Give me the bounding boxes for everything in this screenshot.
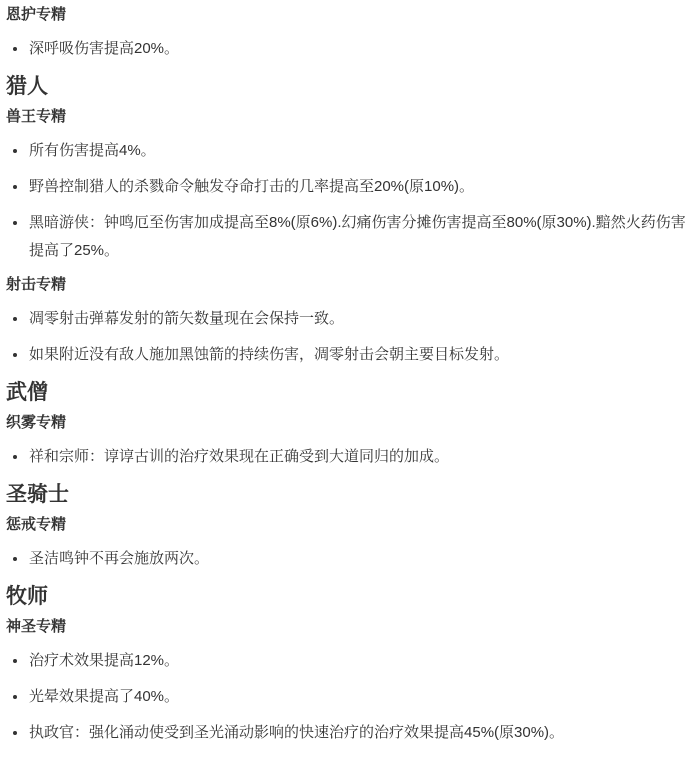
notes-list: 圣洁鸣钟不再会施放两次。	[6, 545, 688, 573]
spec-heading: 射击专精	[6, 274, 688, 295]
notes-list: 治疗术效果提高12%。光晕效果提高了40%。执政官：强化涌动使受到圣光涌动影响的…	[6, 647, 688, 747]
class-heading: 牧师	[6, 582, 688, 611]
note-item: 光晕效果提高了40%。	[28, 683, 688, 711]
spec-heading: 织雾专精	[6, 412, 688, 433]
notes-list: 深呼吸伤害提高20%。	[6, 35, 688, 63]
note-item: 深呼吸伤害提高20%。	[28, 35, 688, 63]
patch-notes-article: 恩护专精深呼吸伤害提高20%。猎人兽王专精所有伤害提高4%。野兽控制猎人的杀戮命…	[6, 4, 688, 747]
class-heading: 武僧	[6, 378, 688, 407]
note-item: 所有伤害提高4%。	[28, 137, 688, 165]
note-item: 圣洁鸣钟不再会施放两次。	[28, 545, 688, 573]
note-item: 野兽控制猎人的杀戮命令触发夺命打击的几率提高至20%(原10%)。	[28, 173, 688, 201]
spec-heading: 恩护专精	[6, 4, 688, 25]
notes-list: 祥和宗师：谆谆古训的治疗效果现在正确受到大道同归的加成。	[6, 443, 688, 471]
spec-heading: 惩戒专精	[6, 514, 688, 535]
note-item: 祥和宗师：谆谆古训的治疗效果现在正确受到大道同归的加成。	[28, 443, 688, 471]
spec-heading: 兽王专精	[6, 106, 688, 127]
patch-notes-page: { "theme": { "background": "#ffffff", "t…	[0, 0, 694, 766]
class-heading: 猎人	[6, 72, 688, 101]
note-item: 执政官：强化涌动使受到圣光涌动影响的快速治疗的治疗效果提高45%(原30%)。	[28, 719, 688, 747]
note-item: 凋零射击弹幕发射的箭矢数量现在会保持一致。	[28, 305, 688, 333]
notes-list: 凋零射击弹幕发射的箭矢数量现在会保持一致。如果附近没有敌人施加黑蚀箭的持续伤害，…	[6, 305, 688, 369]
note-item: 黑暗游侠：钟鸣厄至伤害加成提高至8%(原6%).幻痛伤害分摊伤害提高至80%(原…	[28, 209, 688, 265]
note-item: 治疗术效果提高12%。	[28, 647, 688, 675]
spec-heading: 神圣专精	[6, 616, 688, 637]
note-item: 如果附近没有敌人施加黑蚀箭的持续伤害，凋零射击会朝主要目标发射。	[28, 341, 688, 369]
notes-list: 所有伤害提高4%。野兽控制猎人的杀戮命令触发夺命打击的几率提高至20%(原10%…	[6, 137, 688, 265]
class-heading: 圣骑士	[6, 480, 688, 509]
